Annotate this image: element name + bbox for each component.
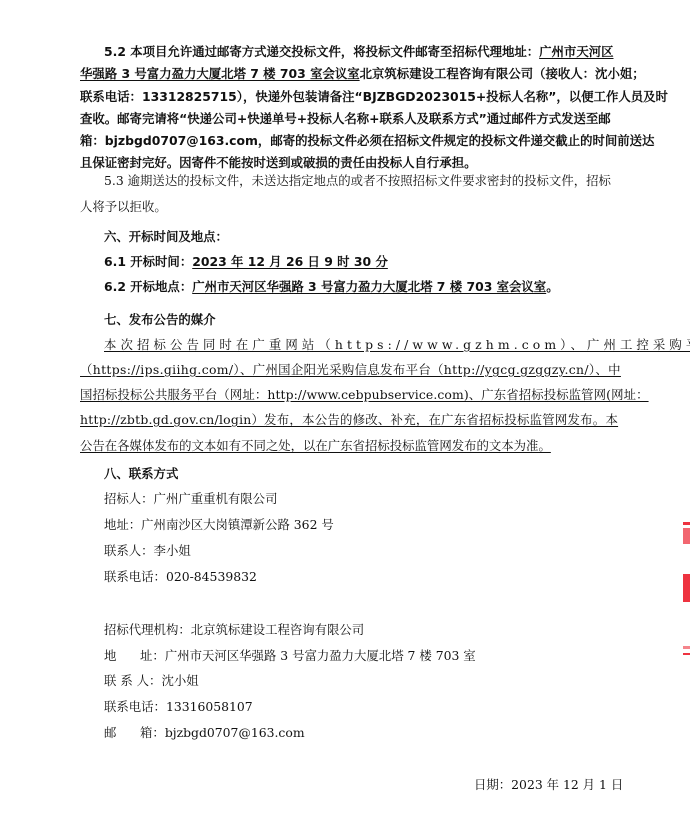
p52-line6: 且保证密封完好。因寄件不能按时送到或破损的责任由投标人自行承担。 xyxy=(80,155,477,171)
p52-address-part1: 广州市天河区 xyxy=(539,44,613,59)
document-page: 5.2 本项目允许通过邮寄方式递交投标文件，将投标文件邮寄至招标代理地址：广州市… xyxy=(0,0,690,819)
tenderer-phone: 联系电话：020-84539832 xyxy=(104,569,257,585)
opening-place-end: 。 xyxy=(546,279,558,294)
p52-line5: 箱：bjzbgd0707@163.com，邮寄的投标文件必须在招标文件规定的投标… xyxy=(80,133,654,149)
p52-line2-rest: 北京筑标建设工程咨询有限公司（接收人：沈小姐； xyxy=(360,66,645,81)
p52-line2: 华强路 3 号富力盈力大厦北塔 7 楼 703 室会议室北京筑标建设工程咨询有限… xyxy=(80,66,645,82)
opening-time-label: 6.1 开标时间： xyxy=(104,254,192,269)
p53-line1: 5.3 逾期送达的投标文件，未送达指定地点的或者不按照招标文件要求密封的投标文件… xyxy=(104,173,611,189)
agency-address: 地 址：广州市天河区华强路 3 号富力盈力大厦北塔 7 楼 703 室 xyxy=(104,648,476,664)
media-line1: 本次招标公告同时在广重网站（https://www.gzhm.com）、广州工控… xyxy=(104,337,690,353)
tenderer-contact: 联系人：李小姐 xyxy=(104,543,191,559)
tenderer-address: 地址：广州南沙区大岗镇潭新公路 362 号 xyxy=(104,517,334,533)
p52-line4: 查收。邮寄完请将“快递公司+快递单号+投标人名称+联系人及联系方式”通过邮件方式… xyxy=(80,111,611,127)
media-line5: 公告在各媒体发布的文本如有不同之处，以在广东省招标投标监管网发布的文本为准。 xyxy=(80,438,551,454)
section8-heading: 八、联系方式 xyxy=(104,466,178,482)
p52-line1: 5.2 本项目允许通过邮寄方式递交投标文件，将投标文件邮寄至招标代理地址：广州市… xyxy=(104,44,614,60)
agency-email-label: 邮 箱： xyxy=(104,725,165,740)
p52-address-part2: 华强路 3 号富力盈力大厦北塔 7 楼 703 室会议室 xyxy=(80,66,360,81)
agency-phone: 联系电话：13316058107 xyxy=(104,699,253,715)
opening-place: 6.2 开标地点：广州市天河区华强路 3 号富力盈力大厦北塔 7 楼 703 室… xyxy=(104,279,559,295)
section7-heading: 七、发布公告的媒介 xyxy=(104,312,216,328)
opening-place-label: 6.2 开标地点： xyxy=(104,279,192,294)
seal-stamp-fragment xyxy=(682,522,690,668)
section6-heading: 六、开标时间及地点： xyxy=(104,229,228,245)
agency-address-label: 地 址： xyxy=(104,648,165,663)
agency-email-value: bjzbgd0707@163.com xyxy=(165,725,305,740)
opening-place-value: 广州市天河区华强路 3 号富力盈力大厦北塔 7 楼 703 室会议室 xyxy=(192,279,546,294)
opening-time-value: 2023 年 12 月 26 日 9 时 30 分 xyxy=(192,254,388,269)
media-line4: http://zbtb.gd.gov.cn/login）发布，本公告的修改、补充… xyxy=(80,412,618,428)
p53-line2: 人将予以拒收。 xyxy=(80,199,167,215)
opening-time: 6.1 开标时间：2023 年 12 月 26 日 9 时 30 分 xyxy=(104,254,388,270)
agency-contact: 联 系 人：沈小姐 xyxy=(104,673,199,689)
agency-address-value: 广州市天河区华强路 3 号富力盈力大厦北塔 7 楼 703 室 xyxy=(165,648,476,663)
media-line3: 国招标投标公共服务平台（网址：http://www.cebpubservice.… xyxy=(80,387,649,403)
p52-line1-prefix: 5.2 本项目允许通过邮寄方式递交投标文件，将投标文件邮寄至招标代理地址： xyxy=(104,44,539,59)
agency-name: 招标代理机构：北京筑标建设工程咨询有限公司 xyxy=(104,622,364,638)
document-date: 日期：2023 年 12 月 1 日 xyxy=(474,777,623,793)
media-line2: （https://ips.giihg.com/）、广州国企阳光采购信息发布平台（… xyxy=(80,362,621,378)
tenderer-name: 招标人：广州广重重机有限公司 xyxy=(104,491,277,507)
agency-email: 邮 箱：bjzbgd0707@163.com xyxy=(104,725,305,741)
p52-line3: 联系电话：13312825715），快递外包装请备注“BJZBGD2023015… xyxy=(80,89,668,105)
